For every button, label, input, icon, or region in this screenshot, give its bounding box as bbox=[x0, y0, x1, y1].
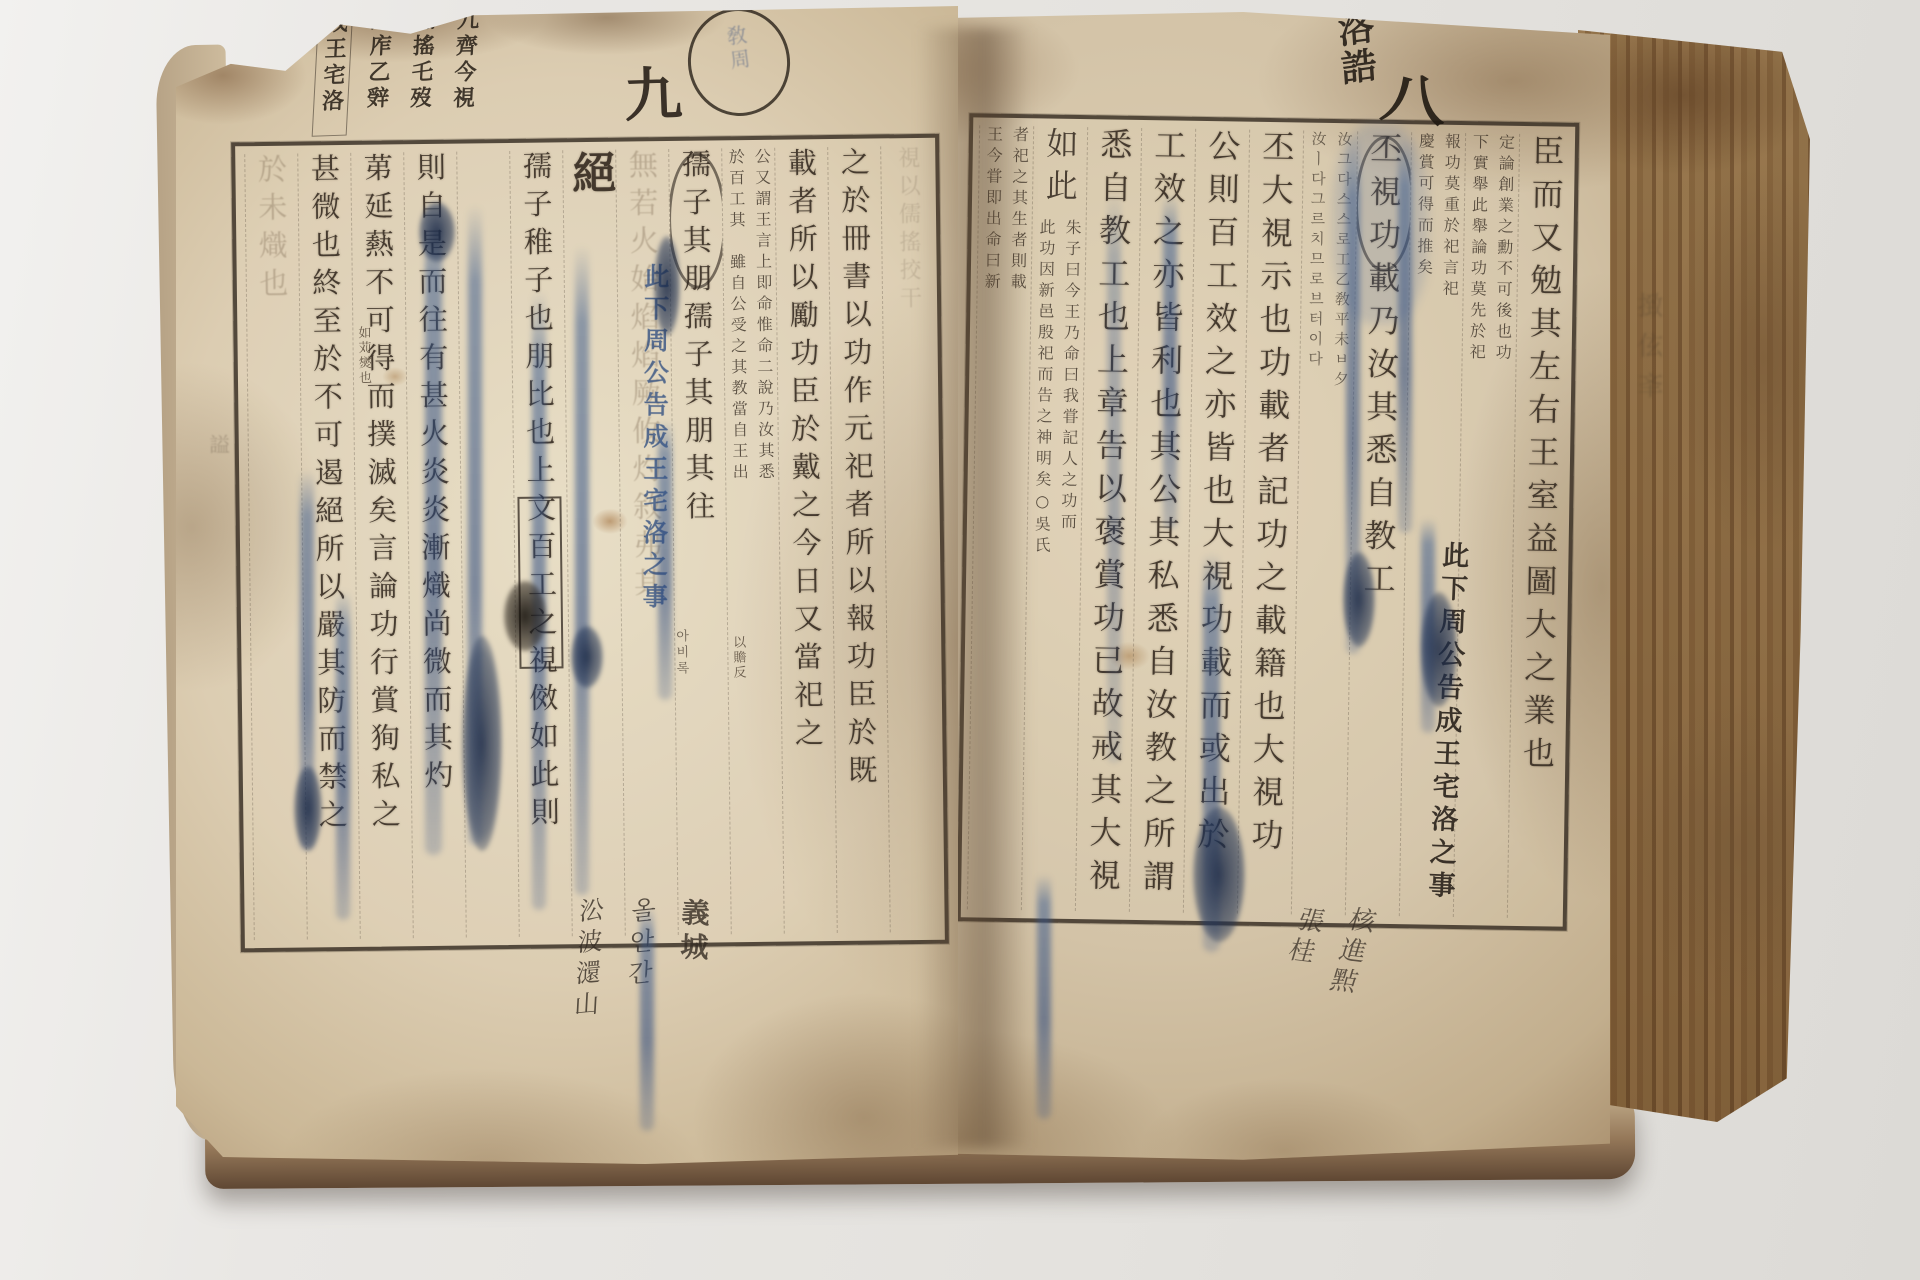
column-text: 於未熾也 bbox=[251, 154, 294, 306]
hand-note: 九齊今視 bbox=[445, 7, 483, 136]
hand-note: 올안간 bbox=[612, 895, 661, 1140]
left-print-frame: 視以儒搖挍干之於冊書以功作元祀者所以報功臣於既載者所以勵功臣於戴之今日又當祀之公… bbox=[231, 134, 949, 953]
text-column: 公又謂王言上即命惟命二說乃汝其悉於百工其𢦤雖自公受之其教當自王出以贍反 bbox=[721, 148, 784, 935]
column-text: 絕 bbox=[562, 150, 622, 204]
text-column: 視以儒搖挍干 bbox=[880, 146, 943, 933]
column-text: 載者所以勵功臣於戴之今日又當祀之 bbox=[781, 147, 829, 755]
text-column: 苐延爇不可得而撲滅矣言論功行賞狥私之如苅爕也 bbox=[350, 152, 413, 939]
column-text: 悉自教工也上章告以褒賞功已故戒其大視 bbox=[1080, 127, 1138, 902]
top-margin-notes: 九齊今視彌搖乇歿皴㡸乙辤成王宅洛乀人 bbox=[272, 8, 479, 136]
hand-note: 㳂波㶎山 bbox=[560, 895, 609, 1140]
column-text: 孺子其朋孺子其朋其往 bbox=[675, 148, 721, 528]
blue-ink-annotation: 此下周公告成王宅洛之事 bbox=[634, 263, 673, 763]
phonetic-gloss: 如苅爕也 bbox=[353, 326, 373, 386]
book-photo: 㨖伭㪯 洛誥 八 臣而又勉其左右王室益圖大之業也定論創業之勳不可後也功下實舉此舉… bbox=[0, 0, 1920, 1280]
chapter-title-handwritten: 洛誥 bbox=[1327, 7, 1383, 90]
left-text-columns: 視以儒搖挍干之於冊書以功作元祀者所以報功臣於既載者所以勵功臣於戴之今日又當祀之公… bbox=[235, 138, 945, 948]
right-page-number: 八 bbox=[1377, 54, 1451, 136]
hand-note: 乀人 bbox=[269, 7, 307, 136]
fore-edge-ghost-text: 㨖伭㪯 bbox=[1630, 292, 1667, 412]
text-column: 於未熾也 bbox=[244, 154, 307, 941]
column-text: 孺子稚子也朋比也上文百工之視傚如此則 bbox=[516, 150, 565, 834]
fore-edge-page-stack: 㨖伭㪯 bbox=[1578, 30, 1810, 1122]
left-page: 九齊今視彌搖乇歿皴㡸乙辤成王宅洛乀人 九 敎周 謚𦤺 視以儒搖挍干之於冊書以功作… bbox=[176, 6, 958, 1164]
column-text: 丕大視示也功載者記功之載籍也大視功 bbox=[1242, 130, 1299, 862]
double-commentary: 公又謂王言上即命惟命二說乃汝其悉於百工其𢦤雖自公受之其教當自王出 bbox=[722, 148, 784, 935]
left-bottom-notes: 義城올안간㳂波㶎山 bbox=[528, 898, 748, 1138]
left-page-number: 九 bbox=[623, 47, 684, 133]
margin-ghost-text: 謚𦤺 bbox=[204, 434, 233, 494]
text-column: 則自是而往有甚火炎炎漸熾尚微而其灼 bbox=[403, 152, 466, 939]
double-commentary: 朱子曰今王乃命曰我甞記人之功而此功因新邑殷祀而告之神明矣○吳氏 bbox=[1022, 218, 1086, 911]
hand-note: 義城 bbox=[666, 897, 714, 1138]
text-column: 孺子稚子也朋比也上文百工之視傚如此則 bbox=[509, 150, 572, 937]
right-text-columns: 臣而又勉其左右王室益圖大之業也定論創業之勳不可後也功下實舉此舉論功莫先於祀報功莫… bbox=[961, 117, 1575, 926]
column-text: 工效之亦皆利也其公其私悉自汝教之所謂 bbox=[1134, 128, 1192, 903]
text-column bbox=[456, 151, 519, 938]
column-text: 甚微也終至於不可遏絕所以嚴其防而禁之 bbox=[304, 153, 353, 837]
right-print-frame: 臣而又勉其左右王室益圖大之業也定論創業之勳不可後也功下實舉此舉論功莫先於祀報功莫… bbox=[957, 113, 1580, 930]
circle-note-text: 敎周 bbox=[720, 23, 755, 75]
phonetic-gloss: 以贍反 bbox=[728, 635, 748, 680]
text-column: 絕 bbox=[562, 150, 625, 937]
right-bottom-notes: 核進㸃張桂 bbox=[1225, 904, 1355, 1094]
hand-note: 成王宅洛 bbox=[312, 7, 354, 137]
text-column: 載者所以勵功臣於戴之今日又當祀之 bbox=[774, 147, 837, 934]
hangul-gloss: 아비록 bbox=[671, 629, 691, 677]
column-text: 公則百工效之亦皆也大視功載而或出於 bbox=[1188, 129, 1245, 861]
column-text: 臣而又勉其左右王室益圖大之業也 bbox=[1513, 134, 1569, 780]
column-text: 之於冊書以功作元祀者所以報功臣於既 bbox=[834, 146, 883, 792]
column-text: 視以儒搖挍干 bbox=[892, 146, 925, 314]
ink-circle-mark: 敎周 bbox=[681, 1, 797, 122]
hand-note: 彌搖乇歿 bbox=[402, 7, 440, 136]
text-column: 之於冊書以功作元祀者所以報功臣於既 bbox=[827, 146, 890, 933]
text-column: 甚微也終至於不可遏絕所以嚴其防而禁之 bbox=[297, 153, 360, 940]
column-text: 則自是而往有甚火炎炎漸熾尚微而其灼 bbox=[410, 152, 459, 798]
text-column: 孺子其朋孺子其朋其往 bbox=[668, 148, 731, 935]
column-text: 苐延爇不可得而撲滅矣言論功行賞狥私之 bbox=[357, 152, 406, 836]
column-text: 丕視功載乃汝其悉自教工 bbox=[1354, 131, 1407, 605]
hand-note: 皴㡸乙辤 bbox=[359, 7, 397, 136]
column-head: 如此 bbox=[1036, 126, 1083, 211]
